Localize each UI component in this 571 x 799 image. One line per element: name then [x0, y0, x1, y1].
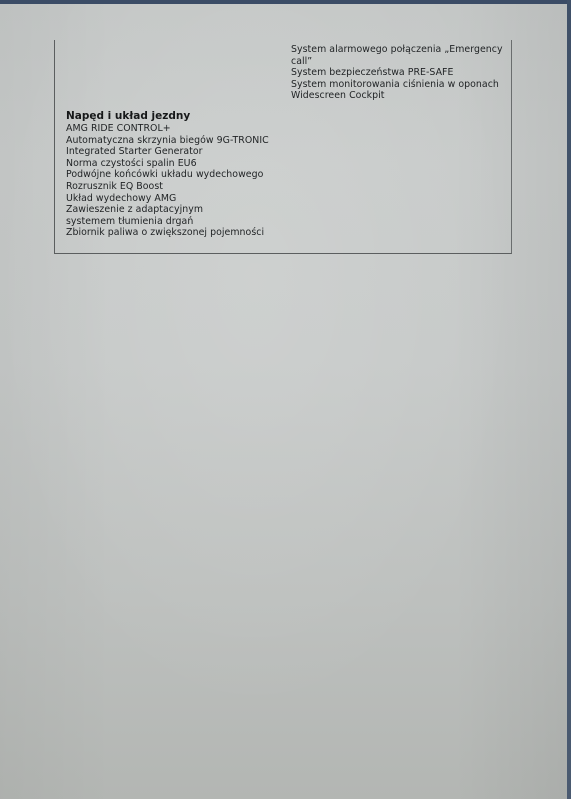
spec-item: System bezpieczeństwa PRE-SAFE [291, 67, 506, 79]
spec-item: Integrated Starter Generator [66, 146, 296, 158]
spec-item: Zawieszenie z adaptacyjnym systemem tłum… [66, 204, 246, 227]
background-edge-right [567, 0, 571, 799]
spec-item: System alarmowego połączenia „Emergency … [291, 44, 506, 67]
spec-item: Automatyczna skrzynia biegów 9G-TRONIC [66, 135, 296, 147]
spec-item: Zbiornik paliwa o zwiększonej pojemności [66, 227, 296, 239]
spec-item: System monitorowania ciśnienia w oponach [291, 79, 506, 91]
spec-item: Norma czystości spalin EU6 [66, 158, 296, 170]
spec-item: Podwójne końcówki układu wydechowego [66, 169, 296, 181]
left-column: Napęd i układ jezdny AMG RIDE CONTROL+ A… [66, 110, 296, 239]
spec-item: AMG RIDE CONTROL+ [66, 123, 296, 135]
spec-item: Widescreen Cockpit [291, 90, 506, 102]
specification-box: System alarmowego połączenia „Emergency … [54, 40, 512, 254]
document-page: System alarmowego połączenia „Emergency … [0, 4, 567, 799]
right-column: System alarmowego połączenia „Emergency … [291, 44, 506, 102]
spec-item: Rozrusznik EQ Boost [66, 181, 296, 193]
section-heading-drivetrain: Napęd i układ jezdny [66, 110, 296, 123]
spec-item: Układ wydechowy AMG [66, 193, 296, 205]
